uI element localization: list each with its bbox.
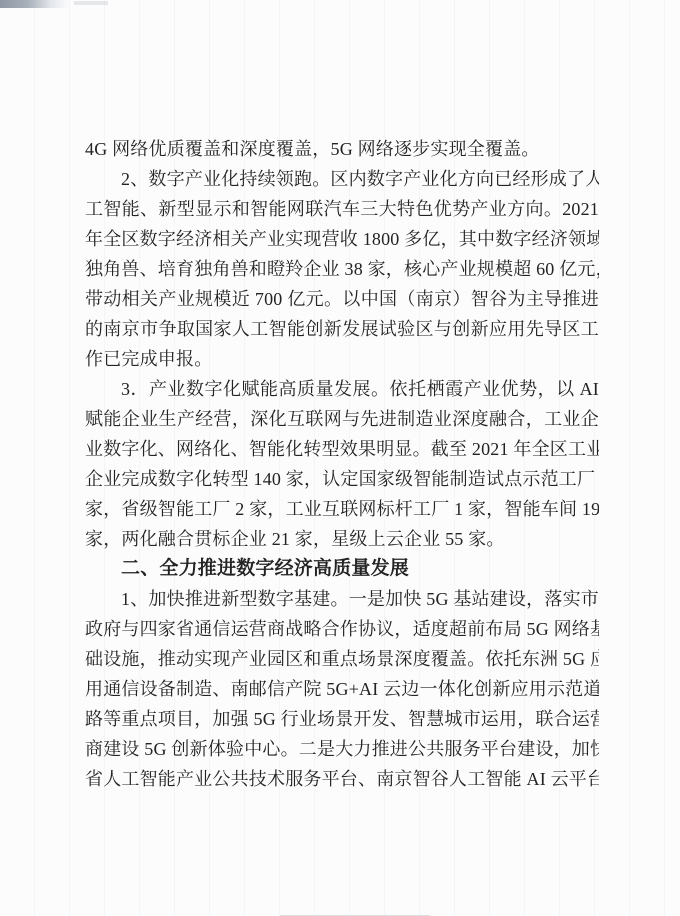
text-line: 工智能、新型显示和智能网联汽车三大特色优势产业方向。2021 xyxy=(85,194,599,224)
text-line: 3．产业数字化赋能高质量发展。依托栖霞产业优势，以 AI xyxy=(85,374,599,404)
text-line: 政府与四家省通信运营商战略合作协议，适度超前布局 5G 网络基 xyxy=(85,614,599,644)
scanned-page: 4G 网络优质覆盖和深度覆盖，5G 网络逐步实现全覆盖。2、数字产业化持续领跑。… xyxy=(0,0,680,916)
text-line: 家，两化融合贯标企业 21 家，星级上云企业 55 家。 xyxy=(85,524,599,554)
text-line: 1、加快推进新型数字基建。一是加快 5G 基站建设，落实市 xyxy=(85,584,599,614)
text-line: 带动相关产业规模近 700 亿元。以中国（南京）智谷为主导推进 xyxy=(85,284,599,314)
text-line: 家，省级智能工厂 2 家，工业互联网标杆工厂 1 家，智能车间 19 xyxy=(85,494,599,524)
text-line: 企业完成数字化转型 140 家，认定国家级智能制造试点示范工厂 1 xyxy=(85,464,599,494)
text-line: 4G 网络优质覆盖和深度覆盖，5G 网络逐步实现全覆盖。 xyxy=(85,134,599,164)
text-line: 础设施，推动实现产业园区和重点场景深度覆盖。依托东洲 5G 应 xyxy=(85,644,599,674)
scan-artifact-smudge xyxy=(0,0,70,8)
text-line: 赋能企业生产经营，深化互联网与先进制造业深度融合，工业企 xyxy=(85,404,599,434)
text-line: 路等重点项目，加强 5G 行业场景开发、智慧城市运用，联合运营 xyxy=(85,704,599,734)
document-text: 4G 网络优质覆盖和深度覆盖，5G 网络逐步实现全覆盖。2、数字产业化持续领跑。… xyxy=(85,134,599,794)
text-line: 业数字化、网络化、智能化转型效果明显。截至 2021 年全区工业 xyxy=(85,434,599,464)
text-line: 的南京市争取国家人工智能创新发展试验区与创新应用先导区工 xyxy=(85,314,599,344)
text-line: 用通信设备制造、南邮信产院 5G+AI 云边一体化创新应用示范道 xyxy=(85,674,599,704)
text-line: 2、数字产业化持续领跑。区内数字产业化方向已经形成了人 xyxy=(85,164,599,194)
text-line: 作已完成申报。 xyxy=(85,344,599,374)
text-line: 省人工智能产业公共技术服务平台、南京智谷人工智能 AI 云平台 xyxy=(85,764,599,794)
text-line: 商建设 5G 创新体验中心。二是大力推进公共服务平台建设，加快 xyxy=(85,734,599,764)
text-line: 年全区数字经济相关产业实现营收 1800 多亿，其中数字经济领域 xyxy=(85,224,599,254)
text-line: 独角兽、培育独角兽和瞪羚企业 38 家，核心产业规模超 60 亿元， xyxy=(85,254,599,284)
section-heading: 二、全力推进数字经济高质量发展 xyxy=(85,554,599,584)
